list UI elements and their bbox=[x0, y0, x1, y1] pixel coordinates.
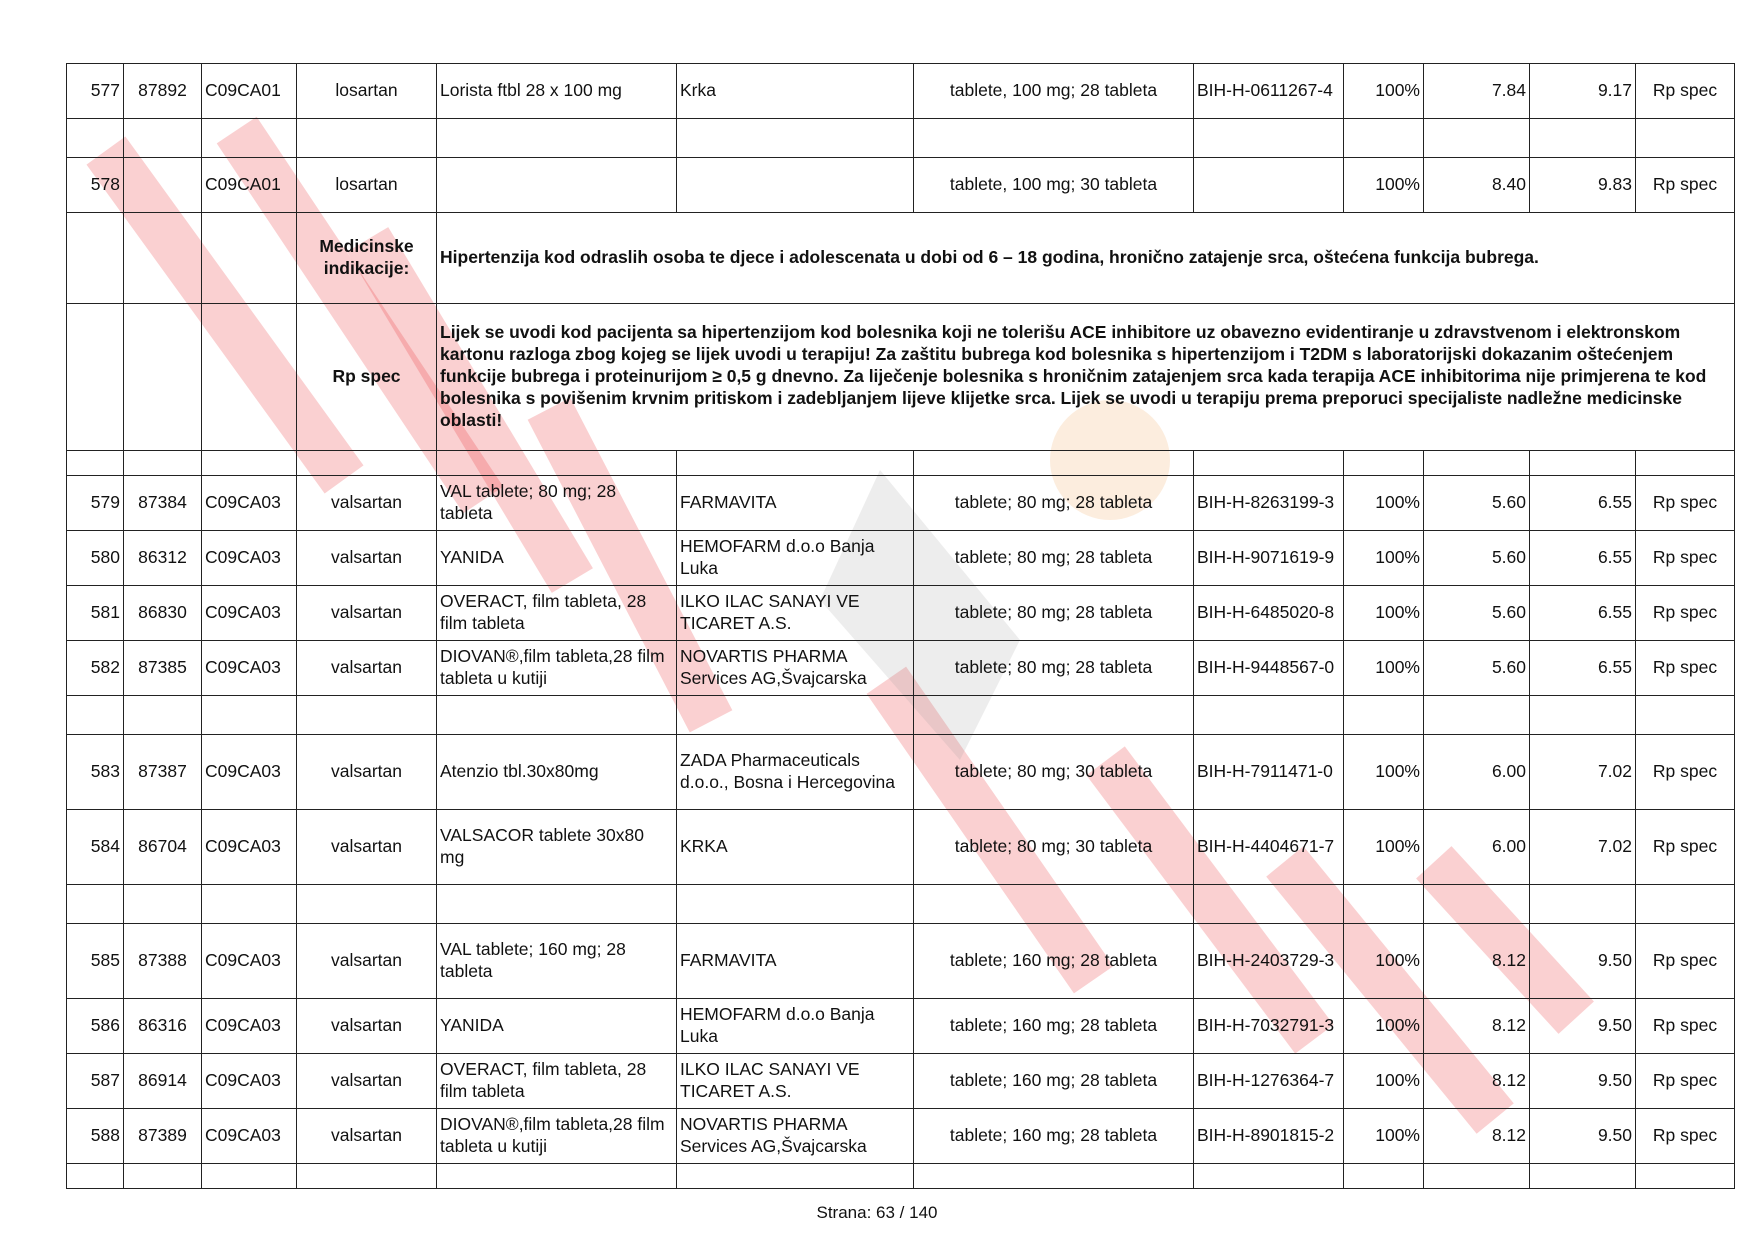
retail-price: 9.17 bbox=[1530, 64, 1636, 119]
registration-number: BIH-H-0611267-4 bbox=[1194, 64, 1344, 119]
reference-price: 8.12 bbox=[1424, 924, 1530, 999]
empty-cell bbox=[1194, 1164, 1344, 1189]
reference-price: 7.84 bbox=[1424, 64, 1530, 119]
empty-cell bbox=[297, 119, 437, 158]
atc-code: C09CA03 bbox=[202, 999, 297, 1054]
drug-code: 87387 bbox=[124, 735, 202, 810]
prescription-regime: Rp spec bbox=[1636, 810, 1735, 885]
registration-number: BIH-H-6485020-8 bbox=[1194, 586, 1344, 641]
empty-cell bbox=[1530, 885, 1636, 924]
manufacturer: HEMOFARM d.o.o Banja Luka bbox=[677, 531, 914, 586]
empty-cell bbox=[1636, 1164, 1735, 1189]
empty-cell bbox=[437, 119, 677, 158]
drug-code: 87384 bbox=[124, 476, 202, 531]
row-number: 578 bbox=[67, 158, 124, 213]
dosage-form: tablete; 80 mg; 30 tableta bbox=[914, 810, 1194, 885]
dosage-form: tablete; 80 mg; 28 tableta bbox=[914, 641, 1194, 696]
empty-cell bbox=[67, 885, 124, 924]
spacer-row bbox=[67, 885, 1735, 924]
drug-code: 86830 bbox=[124, 586, 202, 641]
manufacturer: FARMAVITA bbox=[677, 924, 914, 999]
indication-text: Hipertenzija kod odraslih osoba te djece… bbox=[437, 213, 1735, 304]
empty-cell bbox=[914, 696, 1194, 735]
empty-cell bbox=[297, 1164, 437, 1189]
manufacturer: ZADA Pharmaceuticals d.o.o., Bosna i Her… bbox=[677, 735, 914, 810]
prescription-regime: Rp spec bbox=[1636, 924, 1735, 999]
atc-code: C09CA03 bbox=[202, 1054, 297, 1109]
retail-price: 9.50 bbox=[1530, 1109, 1636, 1164]
registration-number: BIH-H-9448567-0 bbox=[1194, 641, 1344, 696]
manufacturer: HEMOFARM d.o.o Banja Luka bbox=[677, 999, 914, 1054]
empty-cell bbox=[1344, 1164, 1424, 1189]
manufacturer: ILKO ILAC SANAYI VE TICARET A.S. bbox=[677, 586, 914, 641]
spacer-row bbox=[67, 451, 1735, 476]
empty-cell bbox=[1344, 885, 1424, 924]
coverage-percent: 100% bbox=[1344, 1054, 1424, 1109]
atc-code: C09CA03 bbox=[202, 1109, 297, 1164]
empty-cell bbox=[437, 1164, 677, 1189]
drug-code: 86704 bbox=[124, 810, 202, 885]
spacer-row bbox=[67, 1164, 1735, 1189]
indication-label: Medicinske indikacije: bbox=[297, 213, 437, 304]
product-name: VAL tablete; 80 mg; 28 tableta bbox=[437, 476, 677, 531]
dosage-form: tablete; 80 mg; 28 tableta bbox=[914, 586, 1194, 641]
generic-name: valsartan bbox=[297, 924, 437, 999]
row-number: 584 bbox=[67, 810, 124, 885]
table-row: 58587388C09CA03valsartanVAL tablete; 160… bbox=[67, 924, 1735, 999]
dosage-form: tablete; 160 mg; 28 tableta bbox=[914, 1109, 1194, 1164]
coverage-percent: 100% bbox=[1344, 924, 1424, 999]
coverage-percent: 100% bbox=[1344, 641, 1424, 696]
registration-number: BIH-H-7032791-3 bbox=[1194, 999, 1344, 1054]
spacer-row bbox=[67, 696, 1735, 735]
product-name: Lorista ftbl 28 x 100 mg bbox=[437, 64, 677, 119]
generic-name: valsartan bbox=[297, 735, 437, 810]
atc-code: C09CA03 bbox=[202, 924, 297, 999]
drug-list-table: 57787892C09CA01losartanLorista ftbl 28 x… bbox=[66, 63, 1735, 1189]
rp-spec-label: Rp spec bbox=[297, 304, 437, 451]
coverage-percent: 100% bbox=[1344, 531, 1424, 586]
registration-number: BIH-H-9071619-9 bbox=[1194, 531, 1344, 586]
generic-name: valsartan bbox=[297, 476, 437, 531]
manufacturer: FARMAVITA bbox=[677, 476, 914, 531]
manufacturer: KRKA bbox=[677, 810, 914, 885]
row-number: 586 bbox=[67, 999, 124, 1054]
drug-code: 87892 bbox=[124, 64, 202, 119]
table-row: 58486704C09CA03valsartanVALSACOR tablete… bbox=[67, 810, 1735, 885]
prescription-regime: Rp spec bbox=[1636, 641, 1735, 696]
generic-name: valsartan bbox=[297, 1054, 437, 1109]
row-number: 588 bbox=[67, 1109, 124, 1164]
coverage-percent: 100% bbox=[1344, 158, 1424, 213]
dosage-form: tablete; 160 mg; 28 tableta bbox=[914, 999, 1194, 1054]
dosage-form: tablete; 160 mg; 28 tableta bbox=[914, 1054, 1194, 1109]
manufacturer: Krka bbox=[677, 64, 914, 119]
rp-spec-text: Lijek se uvodi kod pacijenta sa hiperten… bbox=[437, 304, 1735, 451]
table-row: 57787892C09CA01losartanLorista ftbl 28 x… bbox=[67, 64, 1735, 119]
drug-code: 87389 bbox=[124, 1109, 202, 1164]
empty-cell bbox=[914, 451, 1194, 476]
atc-code: C09CA01 bbox=[202, 64, 297, 119]
empty-cell bbox=[1636, 696, 1735, 735]
row-number: 585 bbox=[67, 924, 124, 999]
empty-cell bbox=[67, 1164, 124, 1189]
prescription-regime: Rp spec bbox=[1636, 1109, 1735, 1164]
reference-price: 5.60 bbox=[1424, 641, 1530, 696]
dosage-form: tablete; 160 mg; 28 tableta bbox=[914, 924, 1194, 999]
page-number: Strana: 63 / 140 bbox=[0, 1203, 1754, 1223]
atc-code: C09CA03 bbox=[202, 476, 297, 531]
atc-code: C09CA03 bbox=[202, 531, 297, 586]
empty-cell bbox=[202, 213, 297, 304]
reference-price: 8.12 bbox=[1424, 1054, 1530, 1109]
dosage-form: tablete, 100 mg; 28 tableta bbox=[914, 64, 1194, 119]
empty-cell bbox=[124, 1164, 202, 1189]
product-name: OVERACT, film tableta, 28 film tableta bbox=[437, 586, 677, 641]
retail-price: 6.55 bbox=[1530, 531, 1636, 586]
coverage-percent: 100% bbox=[1344, 586, 1424, 641]
retail-price: 6.55 bbox=[1530, 641, 1636, 696]
coverage-percent: 100% bbox=[1344, 476, 1424, 531]
prescription-regime: Rp spec bbox=[1636, 158, 1735, 213]
row-number: 587 bbox=[67, 1054, 124, 1109]
coverage-percent: 100% bbox=[1344, 735, 1424, 810]
product-name bbox=[437, 158, 677, 213]
table-row: 58186830C09CA03valsartanOVERACT, film ta… bbox=[67, 586, 1735, 641]
product-name: YANIDA bbox=[437, 531, 677, 586]
row-number: 582 bbox=[67, 641, 124, 696]
empty-cell bbox=[67, 304, 124, 451]
row-number: 577 bbox=[67, 64, 124, 119]
empty-cell bbox=[437, 696, 677, 735]
empty-cell bbox=[1194, 885, 1344, 924]
retail-price: 9.50 bbox=[1530, 1054, 1636, 1109]
row-number: 583 bbox=[67, 735, 124, 810]
prescription-regime: Rp spec bbox=[1636, 586, 1735, 641]
empty-cell bbox=[124, 119, 202, 158]
retail-price: 9.83 bbox=[1530, 158, 1636, 213]
retail-price: 7.02 bbox=[1530, 810, 1636, 885]
empty-cell bbox=[202, 885, 297, 924]
indication-row: Medicinske indikacije:Hipertenzija kod o… bbox=[67, 213, 1735, 304]
empty-cell bbox=[677, 885, 914, 924]
empty-cell bbox=[202, 304, 297, 451]
empty-cell bbox=[677, 1164, 914, 1189]
row-number: 580 bbox=[67, 531, 124, 586]
empty-cell bbox=[1344, 119, 1424, 158]
prescription-regime: Rp spec bbox=[1636, 735, 1735, 810]
empty-cell bbox=[124, 696, 202, 735]
empty-cell bbox=[124, 451, 202, 476]
product-name: VALSACOR tablete 30x80 mg bbox=[437, 810, 677, 885]
product-name: DIOVAN®,film tableta,28 film tableta u k… bbox=[437, 1109, 677, 1164]
empty-cell bbox=[297, 696, 437, 735]
generic-name: valsartan bbox=[297, 1109, 437, 1164]
empty-cell bbox=[297, 451, 437, 476]
table-row: 58686316C09CA03valsartanYANIDAHEMOFARM d… bbox=[67, 999, 1735, 1054]
empty-cell bbox=[1424, 696, 1530, 735]
reference-price: 6.00 bbox=[1424, 810, 1530, 885]
reference-price: 5.60 bbox=[1424, 476, 1530, 531]
retail-price: 9.50 bbox=[1530, 924, 1636, 999]
prescription-regime: Rp spec bbox=[1636, 476, 1735, 531]
empty-cell bbox=[1530, 1164, 1636, 1189]
empty-cell bbox=[1424, 1164, 1530, 1189]
coverage-percent: 100% bbox=[1344, 999, 1424, 1054]
product-name: VAL tablete; 160 mg; 28 tableta bbox=[437, 924, 677, 999]
table-row: 58387387C09CA03valsartanAtenzio tbl.30x8… bbox=[67, 735, 1735, 810]
empty-cell bbox=[1636, 119, 1735, 158]
empty-cell bbox=[1636, 451, 1735, 476]
registration-number: BIH-H-1276364-7 bbox=[1194, 1054, 1344, 1109]
retail-price: 7.02 bbox=[1530, 735, 1636, 810]
empty-cell bbox=[202, 119, 297, 158]
reference-price: 8.12 bbox=[1424, 999, 1530, 1054]
empty-cell bbox=[67, 119, 124, 158]
generic-name: losartan bbox=[297, 158, 437, 213]
drug-code: 86316 bbox=[124, 999, 202, 1054]
empty-cell bbox=[437, 885, 677, 924]
coverage-percent: 100% bbox=[1344, 810, 1424, 885]
empty-cell bbox=[67, 696, 124, 735]
registration-number: BIH-H-7911471-0 bbox=[1194, 735, 1344, 810]
empty-cell bbox=[914, 1164, 1194, 1189]
empty-cell bbox=[124, 304, 202, 451]
retail-price: 6.55 bbox=[1530, 476, 1636, 531]
atc-code: C09CA03 bbox=[202, 586, 297, 641]
prescription-regime: Rp spec bbox=[1636, 999, 1735, 1054]
empty-cell bbox=[437, 451, 677, 476]
generic-name: valsartan bbox=[297, 999, 437, 1054]
dosage-form: tablete, 100 mg; 30 tableta bbox=[914, 158, 1194, 213]
empty-cell bbox=[677, 451, 914, 476]
empty-cell bbox=[677, 696, 914, 735]
drug-code: 86312 bbox=[124, 531, 202, 586]
atc-code: C09CA03 bbox=[202, 641, 297, 696]
retail-price: 9.50 bbox=[1530, 999, 1636, 1054]
registration-number: BIH-H-8901815-2 bbox=[1194, 1109, 1344, 1164]
table-row: 58086312C09CA03valsartanYANIDAHEMOFARM d… bbox=[67, 531, 1735, 586]
empty-cell bbox=[1530, 696, 1636, 735]
empty-cell bbox=[202, 1164, 297, 1189]
empty-cell bbox=[202, 451, 297, 476]
empty-cell bbox=[1424, 885, 1530, 924]
empty-cell bbox=[124, 213, 202, 304]
prescription-regime: Rp spec bbox=[1636, 1054, 1735, 1109]
drug-code bbox=[124, 158, 202, 213]
empty-cell bbox=[1530, 451, 1636, 476]
dosage-form: tablete; 80 mg; 28 tableta bbox=[914, 531, 1194, 586]
reference-price: 5.60 bbox=[1424, 531, 1530, 586]
reference-price: 6.00 bbox=[1424, 735, 1530, 810]
reference-price: 8.40 bbox=[1424, 158, 1530, 213]
empty-cell bbox=[124, 885, 202, 924]
empty-cell bbox=[677, 119, 914, 158]
table-row: 58287385C09CA03valsartanDIOVAN®,film tab… bbox=[67, 641, 1735, 696]
drug-code: 86914 bbox=[124, 1054, 202, 1109]
product-name: Atenzio tbl.30x80mg bbox=[437, 735, 677, 810]
atc-code: C09CA03 bbox=[202, 735, 297, 810]
table-row: 58887389C09CA03valsartanDIOVAN®,film tab… bbox=[67, 1109, 1735, 1164]
product-name: YANIDA bbox=[437, 999, 677, 1054]
prescription-regime: Rp spec bbox=[1636, 64, 1735, 119]
drug-code: 87388 bbox=[124, 924, 202, 999]
empty-cell bbox=[914, 885, 1194, 924]
table-row: 578C09CA01losartantablete, 100 mg; 30 ta… bbox=[67, 158, 1735, 213]
generic-name: valsartan bbox=[297, 531, 437, 586]
registration-number: BIH-H-2403729-3 bbox=[1194, 924, 1344, 999]
empty-cell bbox=[914, 119, 1194, 158]
product-name: OVERACT, film tableta, 28 film tableta bbox=[437, 1054, 677, 1109]
empty-cell bbox=[1530, 119, 1636, 158]
empty-cell bbox=[1344, 696, 1424, 735]
empty-cell bbox=[1194, 119, 1344, 158]
registration-number bbox=[1194, 158, 1344, 213]
prescription-regime: Rp spec bbox=[1636, 531, 1735, 586]
table-row: 58786914C09CA03valsartanOVERACT, film ta… bbox=[67, 1054, 1735, 1109]
manufacturer: NOVARTIS PHARMA Services AG,Švajcarska bbox=[677, 1109, 914, 1164]
empty-cell bbox=[1194, 451, 1344, 476]
atc-code: C09CA01 bbox=[202, 158, 297, 213]
retail-price: 6.55 bbox=[1530, 586, 1636, 641]
dosage-form: tablete; 80 mg; 30 tableta bbox=[914, 735, 1194, 810]
empty-cell bbox=[1424, 451, 1530, 476]
empty-cell bbox=[202, 696, 297, 735]
registration-number: BIH-H-4404671-7 bbox=[1194, 810, 1344, 885]
row-number: 579 bbox=[67, 476, 124, 531]
empty-cell bbox=[67, 451, 124, 476]
generic-name: valsartan bbox=[297, 641, 437, 696]
empty-cell bbox=[67, 213, 124, 304]
generic-name: valsartan bbox=[297, 810, 437, 885]
reference-price: 5.60 bbox=[1424, 586, 1530, 641]
manufacturer bbox=[677, 158, 914, 213]
coverage-percent: 100% bbox=[1344, 64, 1424, 119]
spacer-row bbox=[67, 119, 1735, 158]
manufacturer: ILKO ILAC SANAYI VE TICARET A.S. bbox=[677, 1054, 914, 1109]
empty-cell bbox=[1194, 696, 1344, 735]
rp-spec-row: Rp specLijek se uvodi kod pacijenta sa h… bbox=[67, 304, 1735, 451]
empty-cell bbox=[1636, 885, 1735, 924]
table-row: 57987384C09CA03valsartanVAL tablete; 80 … bbox=[67, 476, 1735, 531]
dosage-form: tablete; 80 mg; 28 tableta bbox=[914, 476, 1194, 531]
generic-name: losartan bbox=[297, 64, 437, 119]
registration-number: BIH-H-8263199-3 bbox=[1194, 476, 1344, 531]
empty-cell bbox=[1424, 119, 1530, 158]
generic-name: valsartan bbox=[297, 586, 437, 641]
coverage-percent: 100% bbox=[1344, 1109, 1424, 1164]
drug-code: 87385 bbox=[124, 641, 202, 696]
manufacturer: NOVARTIS PHARMA Services AG,Švajcarska bbox=[677, 641, 914, 696]
row-number: 581 bbox=[67, 586, 124, 641]
empty-cell bbox=[1344, 451, 1424, 476]
empty-cell bbox=[297, 885, 437, 924]
reference-price: 8.12 bbox=[1424, 1109, 1530, 1164]
product-name: DIOVAN®,film tableta,28 film tableta u k… bbox=[437, 641, 677, 696]
atc-code: C09CA03 bbox=[202, 810, 297, 885]
